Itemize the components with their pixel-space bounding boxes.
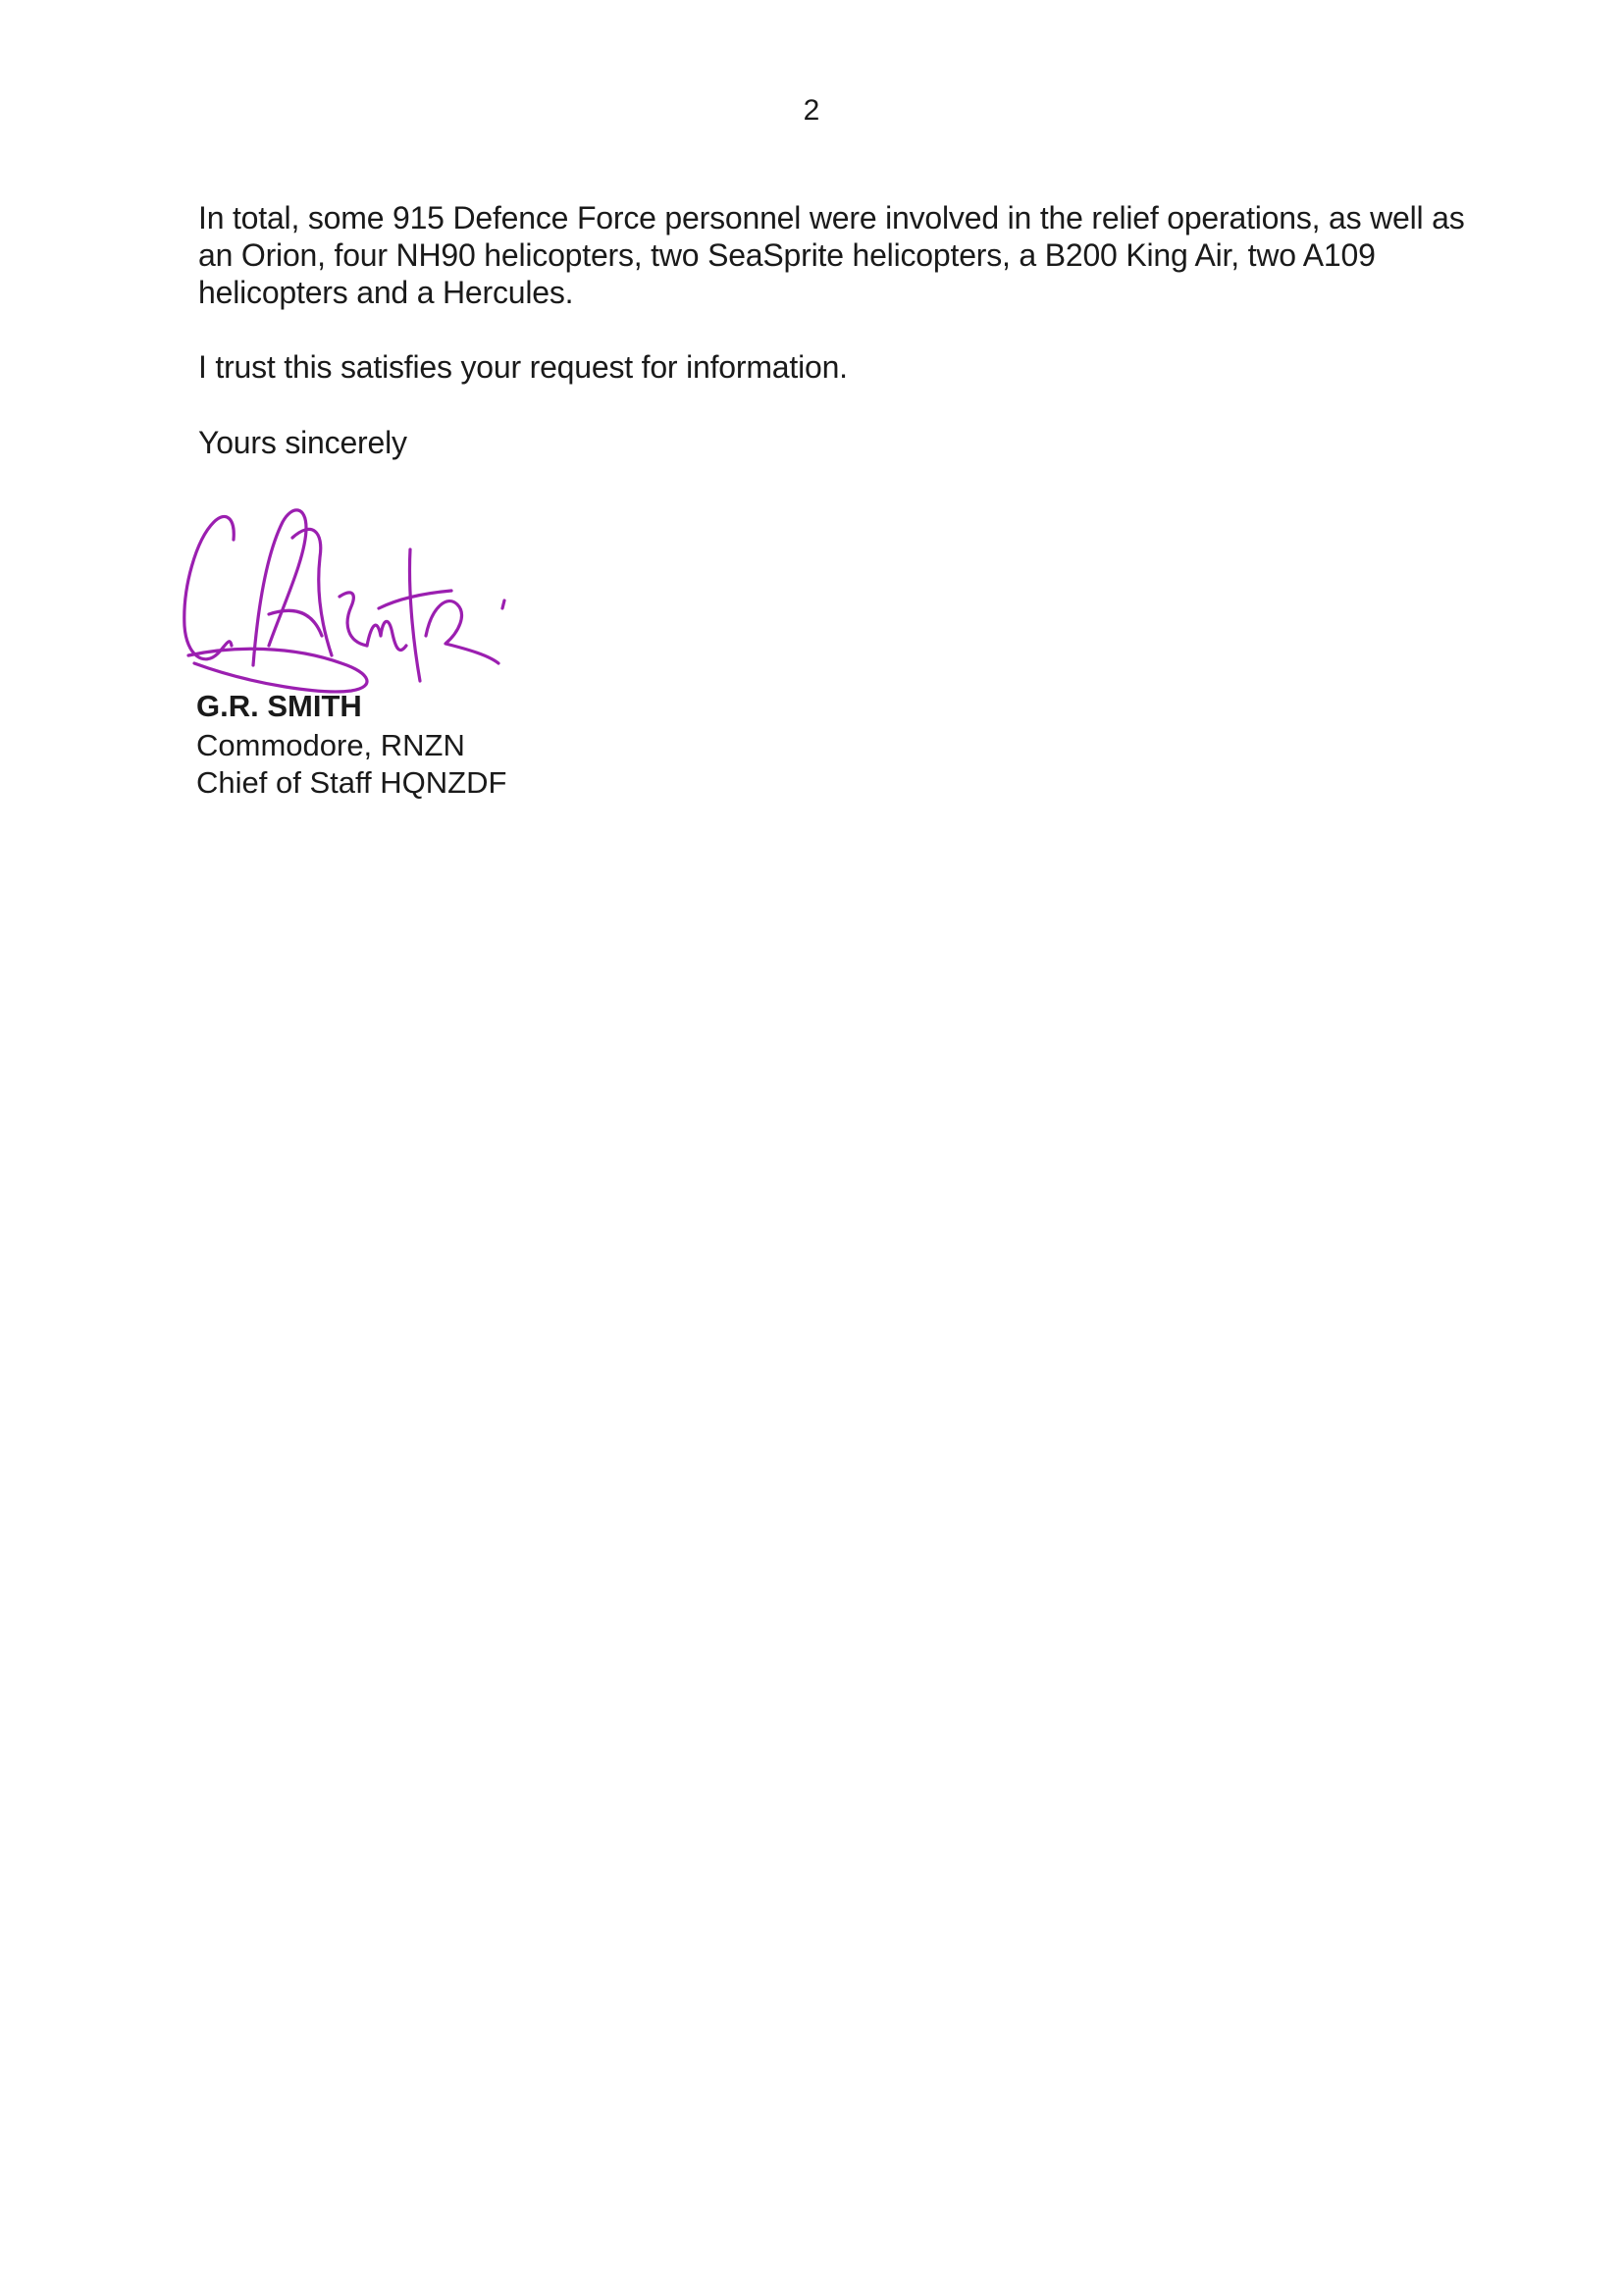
signatory-rank: Commodore, RNZN <box>196 727 465 764</box>
body-paragraph-personnel: In total, some 915 Defence Force personn… <box>198 199 1474 311</box>
page-number: 2 <box>0 94 1623 128</box>
signatory-name: G.R. SMITH <box>196 689 362 724</box>
signatory-role: Chief of Staff HQNZDF <box>196 764 506 802</box>
body-paragraph-closing: I trust this satisfies your request for … <box>198 348 1474 386</box>
valediction: Yours sincerely <box>198 424 1474 461</box>
signature-icon <box>175 498 528 695</box>
